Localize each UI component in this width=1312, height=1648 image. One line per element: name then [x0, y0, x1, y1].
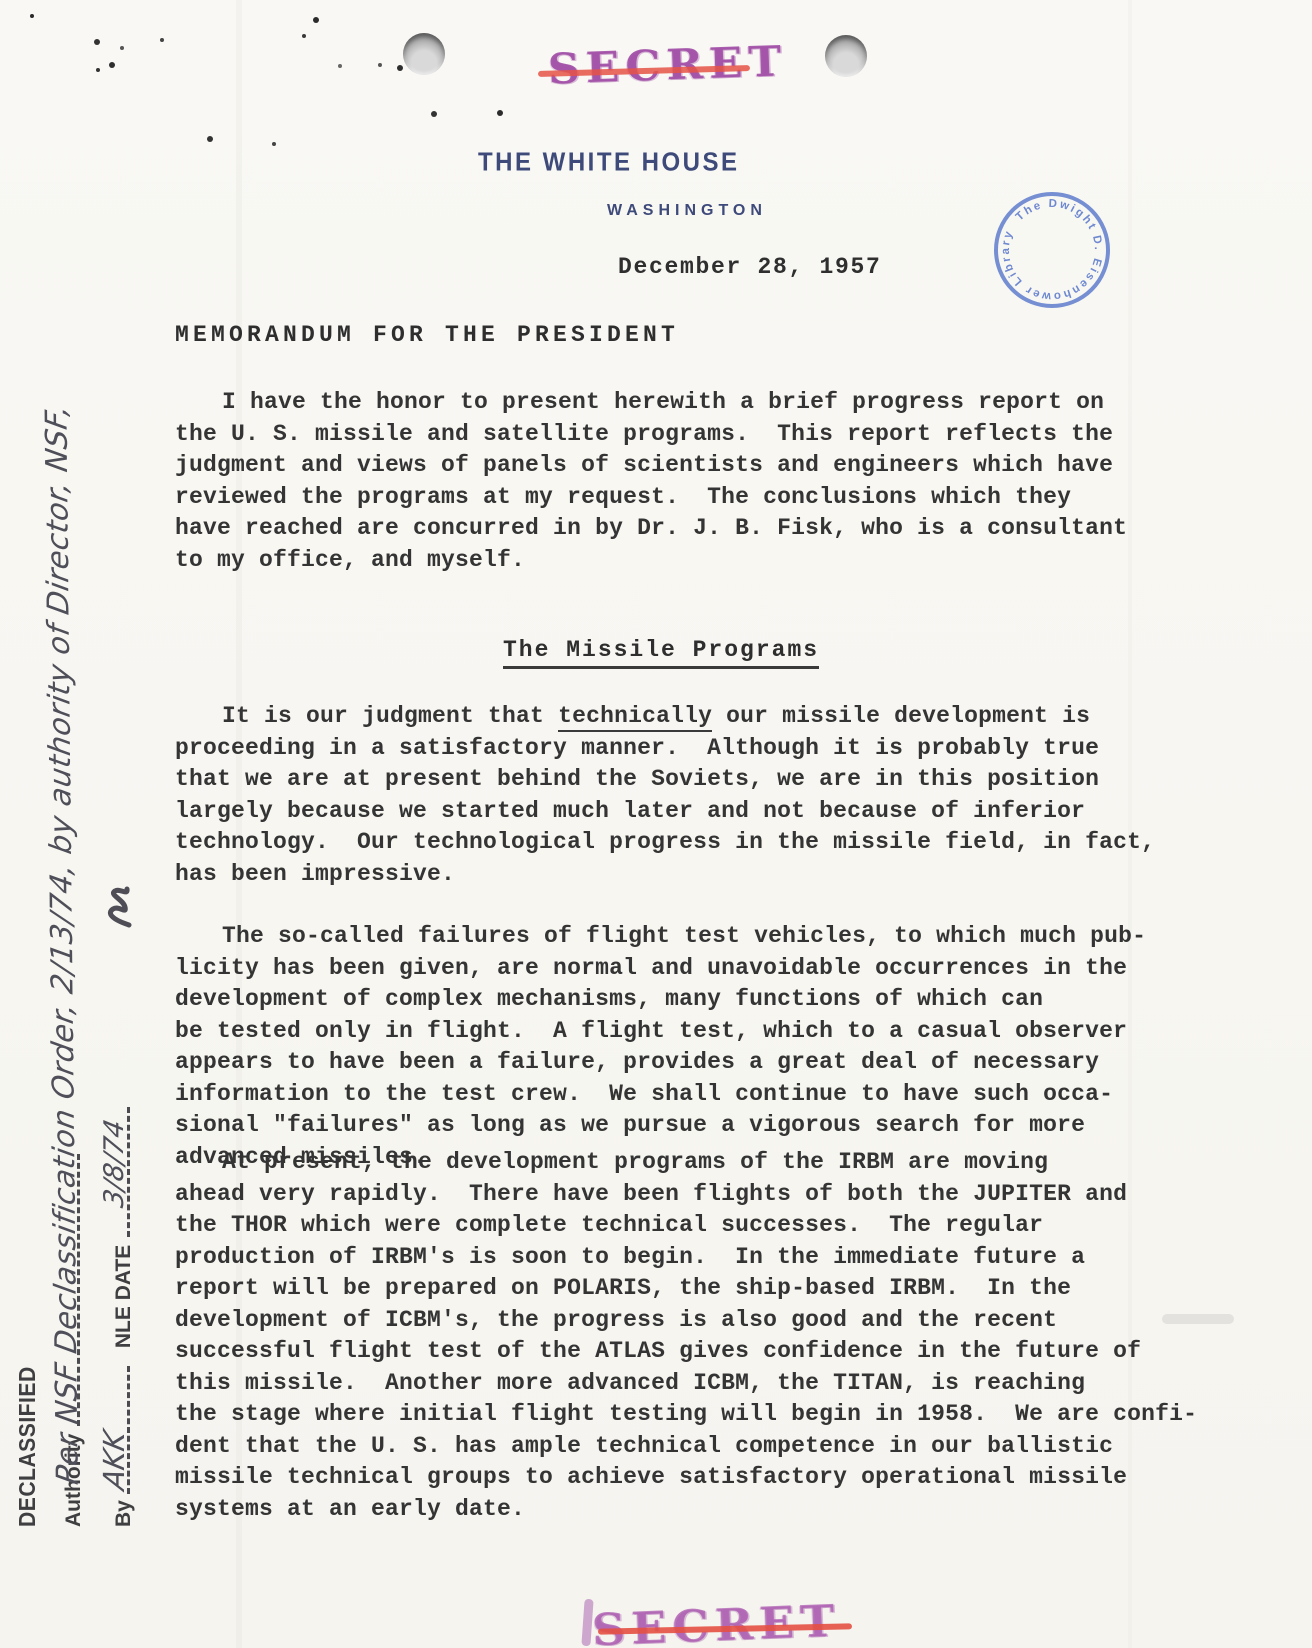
letterhead-subtitle: WASHINGTON [607, 202, 767, 220]
secret-stamp-bottom: SECRET [591, 1595, 841, 1648]
paragraph-4: At present, the development programs of … [175, 1147, 1197, 1525]
library-stamp-text: The Dwight D. Eisenhower Library [982, 180, 1122, 320]
ink-specks [30, 14, 34, 18]
paragraph-3: The so-called failures of flight test ve… [175, 921, 1146, 1173]
memo-title: MEMORANDUM FOR THE PRESIDENT [175, 322, 679, 348]
paragraph-2-text: our missile development is [712, 703, 1090, 729]
paragraph-2-text: proceeding in a satisfactory manner. Alt… [175, 735, 1155, 887]
hole-punch-right [825, 35, 867, 77]
by-date-row: ByNLE DATE AKK 3/8/74 [111, 1107, 136, 1527]
svg-text:The Dwight D. Eisenhower Libra: The Dwight D. Eisenhower Library [982, 180, 1122, 320]
declassification-block: DECLASSIFIED Authority Per NSF Declassif… [14, 352, 164, 1537]
nle-date-handwriting: 3/8/74 [99, 1117, 130, 1210]
secret-stamp-top: SECRET [547, 37, 788, 94]
declassified-stamp-label: DECLASSIFIED [14, 1366, 41, 1527]
by-handwriting: AKK [97, 1428, 131, 1493]
underlined-word: technically [558, 703, 712, 732]
scan-smudge [1162, 1314, 1234, 1324]
date-line: December 28, 1957 [618, 254, 882, 280]
letterhead-title: THE WHITE HOUSE [478, 148, 740, 178]
memo-page: SECRET THE WHITE HOUSE WASHINGTON Decemb… [0, 0, 1312, 1648]
authority-row: Authority Per NSF Declassification Order… [61, 1154, 86, 1527]
nle-date-label: NLE DATE [112, 1245, 135, 1348]
hole-punch-left [403, 33, 445, 75]
ink-scribble [101, 883, 135, 929]
by-label: By [112, 1500, 135, 1527]
paragraph-2: It is our judgment that technically our … [175, 701, 1155, 890]
authority-handwriting: Per NSF Declassification Order, 2/13/74,… [39, 402, 85, 1487]
paragraph-2-text: It is our judgment that [222, 703, 558, 729]
section-heading: The Missile Programs [503, 637, 819, 669]
paragraph-1: I have the honor to present herewith a b… [175, 387, 1127, 576]
library-stamp-icon: The Dwight D. Eisenhower Library [982, 180, 1122, 320]
